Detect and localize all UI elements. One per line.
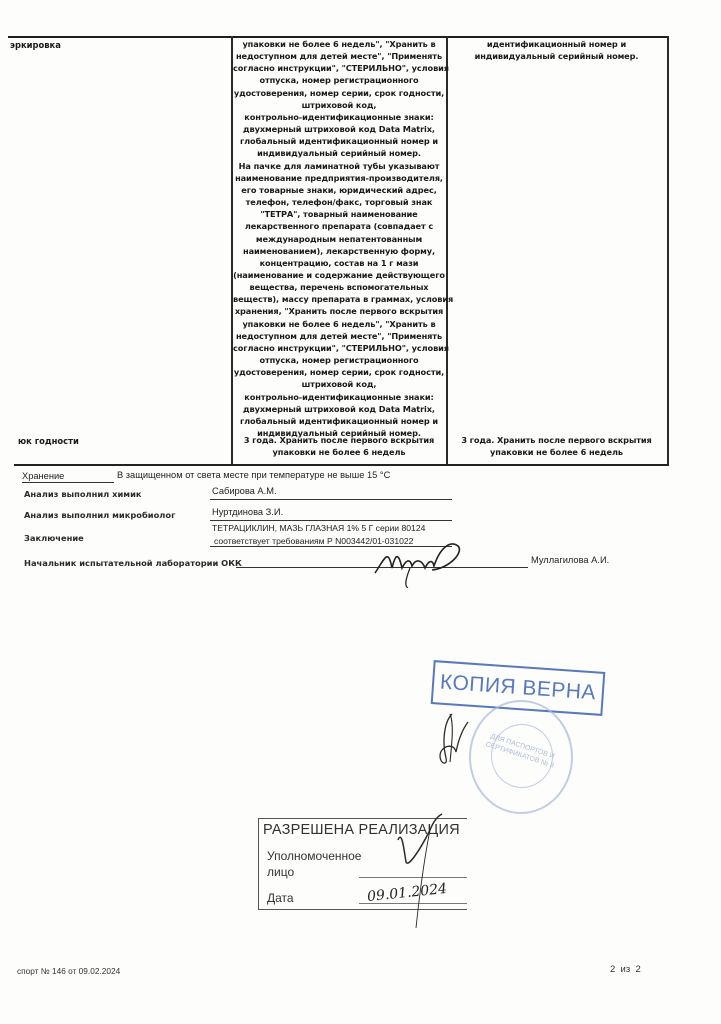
microbiologist-label: Анализ выполнил микробиолог [24,510,175,520]
cell-text-line: согласно инструкции", "СТЕРИЛЬНО", услов… [233,62,445,74]
cell-text-line: телефон, телефон/факс, торговый знак [233,196,445,208]
storage-label: Хранение [22,471,114,483]
cell-text-line: наименование предприятия-производителя, [233,172,445,184]
row-label-shelf-life: юк годности [18,436,79,446]
authorized-person-label: Уполномоченное [267,849,361,863]
cell-text-line: индивидуальный серийный номер. [233,147,445,159]
conclusion-line-1: ТЕТРАЦИКЛИН, МАЗЬ ГЛАЗНАЯ 1% 5 Г серии 8… [212,523,425,533]
storage-value: В защищенном от света месте при температ… [117,470,390,480]
cell-text-line: контрольно-идентификационные знаки: [233,391,445,403]
head-of-lab-name: Муллагилова А.И. [531,555,609,565]
cell-text-line: упаковки не более 6 недель [233,446,445,458]
microbiologist-underline [210,520,452,521]
cell-text-line: двухмерный штриховой код Data Matrix, [233,123,445,135]
microbiologist-name: Нуртдинова З.И. [212,507,283,517]
cell-text-line: На пачке для ламинатной тубы указывают [233,160,445,172]
signature-release-icon [390,810,450,930]
cell-text-line: упаковки не более 6 недель", "Хранить в [233,318,445,330]
cell-text-line: удостоверения, номер серии, срок годност… [233,87,445,99]
row-label-marking: эркировка [10,40,61,50]
table-column-divider [446,36,448,464]
cell-text-line: лекарственного препарата (совпадает с [233,220,445,232]
cell-text-line: недоступном для детей месте", "Применять [233,50,445,62]
cell-text-line: отпуска, номер регистрационного [233,74,445,86]
cell-text-line: идентификационный номер и [449,38,664,50]
cell-text-line: глобальный идентификационный номер и [233,415,445,427]
authorized-person-label-2: лицо [267,865,294,879]
cell-text-line: 3 года. Хранить после первого вскрытия [233,434,445,446]
shelf-life-requirement-cell: 3 года. Хранить после первого вскрытияуп… [233,434,445,458]
cell-text-line: недоступном для детей месте", "Применять [233,330,445,342]
chemist-label: Анализ выполнил химик [24,489,142,499]
cell-text-line: веществ), массу препарата в граммах, усл… [233,293,445,305]
chemist-name: Сабирова А.М. [212,486,277,496]
round-seal-icon: ДЛЯ ПАСПОРТОВ И СЕРТИФИКАТОВ № 3 [469,700,573,814]
cell-text-line: двухмерный штриховой код Data Matrix, [233,403,445,415]
cell-text-line: штриховой код, [233,99,445,111]
cell-text-line: отпуска, номер регистрационного [233,354,445,366]
cell-text-line: концентрацию, состав на 1 г мази [233,257,445,269]
cell-text-line: международным непатентованным [233,233,445,245]
cell-text-line: (наименование и содержание действующего [233,269,445,281]
conclusion-label: Заключение [24,533,84,543]
footer-passport-reference: спорт № 146 от 09.02.2024 [17,966,120,976]
cell-text-line: упаковки не более 6 недель", "Хранить в [233,38,445,50]
cell-text-line: согласно инструкции", "СТЕРИЛЬНО", услов… [233,342,445,354]
release-date-label: Дата [267,891,294,905]
signature-copy-icon [434,712,474,768]
marking-result-cell: идентификационный номер ииндивидуальный … [449,38,664,62]
signature-head-icon [370,538,470,588]
shelf-life-result-cell: 3 года. Хранить после первого вскрытияуп… [449,434,664,458]
cell-text-line: "ТЕТРА", товарный наименование [233,208,445,220]
marking-requirement-cell: упаковки не более 6 недель", "Хранить вн… [233,38,445,439]
cell-text-line: наименованием), лекарственную форму, [233,245,445,257]
cell-text-line: удостоверения, номер серии, срок годност… [233,366,445,378]
cell-text-line: упаковки не более 6 недель [449,446,664,458]
cell-text-line: вещества, перечень вспомогательных [233,281,445,293]
table-right-border [667,36,669,466]
cell-text-line: 3 года. Хранить после первого вскрытия [449,434,664,446]
cell-text-line: глобальный идентификационный номер и [233,135,445,147]
cell-text-line: штриховой код, [233,378,445,390]
cell-text-line: хранения, "Хранить после первого вскрыти… [233,305,445,317]
cell-text-line: его товарные знаки, юридический адрес, [233,184,445,196]
storage-label-text: Хранение [22,471,64,481]
chemist-underline [210,499,452,500]
page-number: 2 из 2 [610,964,641,975]
cell-text-line: индивидуальный серийный номер. [449,50,664,62]
table-bottom-border [14,464,669,466]
head-of-lab-label: Начальник испытательной лаборатории ОКК [24,558,242,568]
cell-text-line: контрольно-идентификационные знаки: [233,111,445,123]
